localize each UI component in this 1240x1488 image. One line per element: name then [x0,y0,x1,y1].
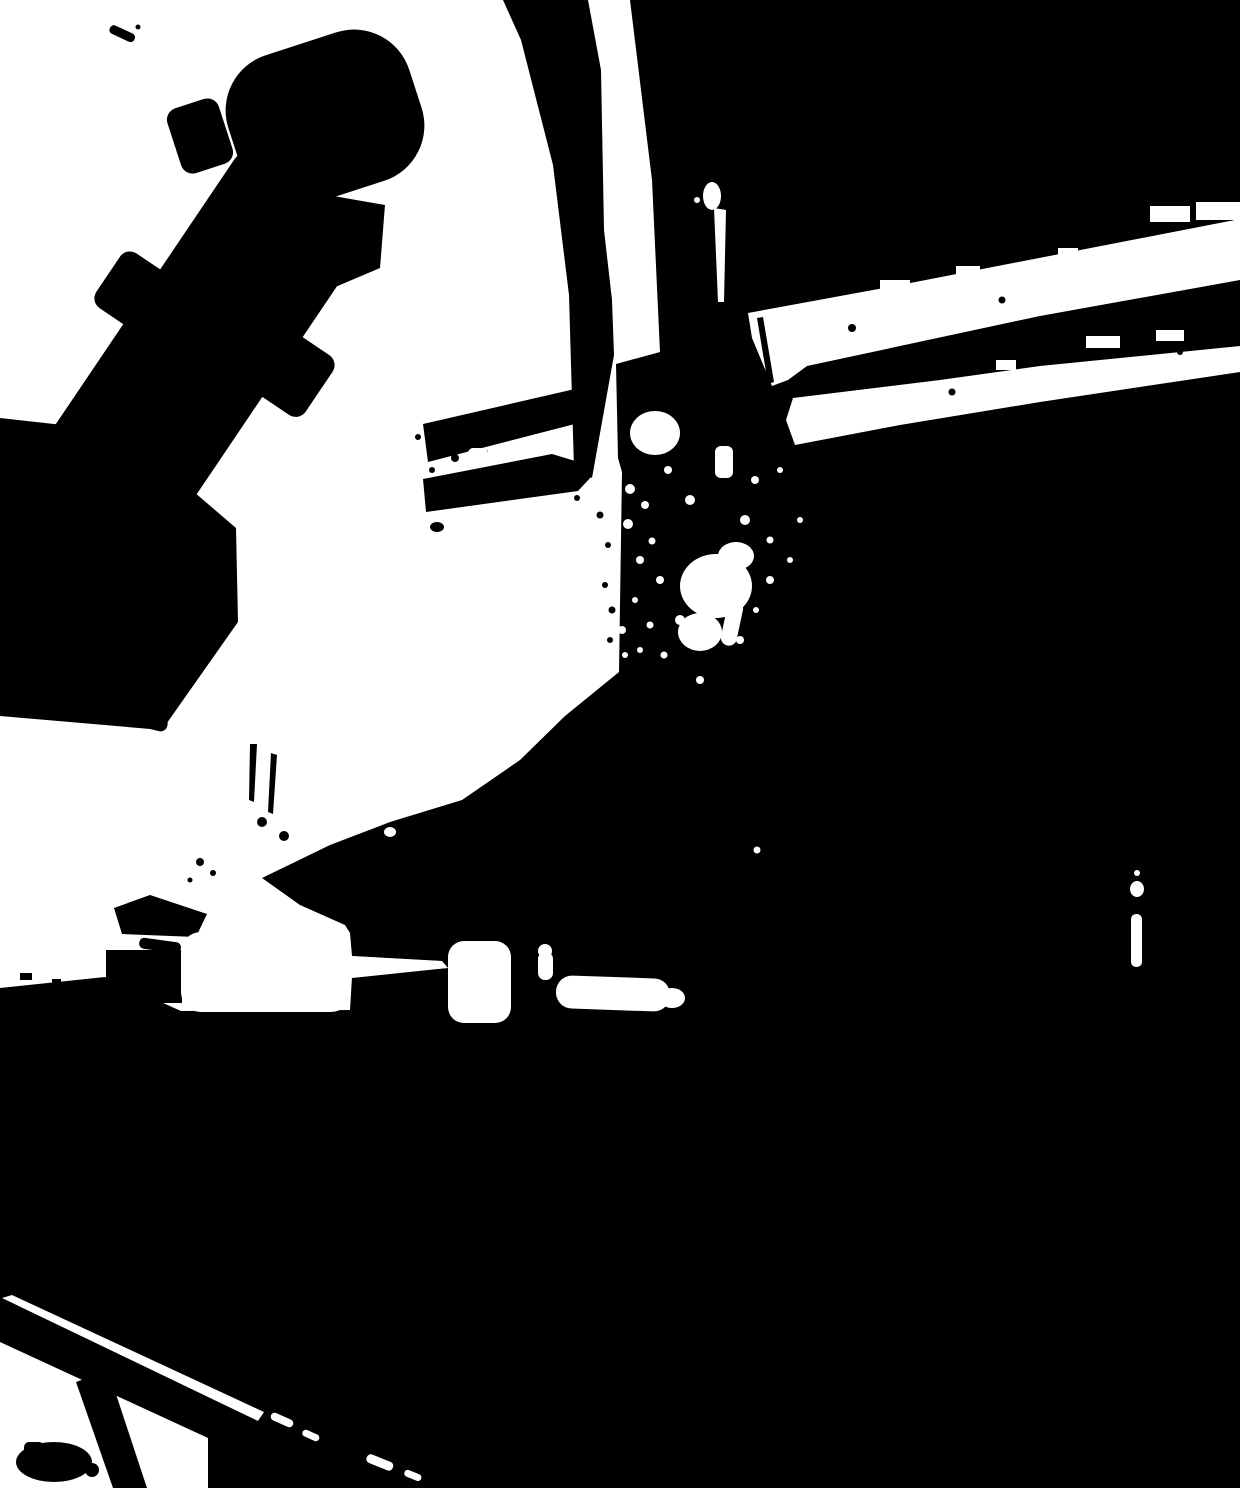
stripe-bump [1196,202,1240,220]
plume-speck [582,722,589,729]
plume-speck [467,809,473,815]
arc-patch [718,542,754,570]
plume-speck [347,855,353,861]
rail-speck [451,454,459,462]
hole [384,827,396,837]
spatter [754,847,761,854]
floor-debris [24,1442,44,1455]
bench-speck [188,878,193,883]
plume-speck [495,797,502,804]
stripe-nick [949,389,956,396]
bottle-lying [181,932,351,1012]
stripe-bump [1150,206,1190,222]
bench-block [106,950,182,1003]
plume-speck [605,542,611,548]
plume-speck [609,607,616,614]
arc-patch [630,411,680,455]
background-glints [1130,870,1144,967]
stripe-nick [848,324,856,332]
plume-speck [279,831,289,841]
spatter [647,622,654,629]
plume-speck [574,495,580,501]
spatter [656,576,664,584]
spatter [787,557,793,563]
rail-speck [430,522,444,532]
stripe-nick [1101,350,1109,358]
stripe-bump [1086,336,1120,348]
bottle-cylinder [555,975,670,1012]
plume-speck [298,874,303,879]
spatter [777,467,783,473]
bench-speck [210,870,216,876]
sprayer-stem [538,952,553,980]
spatter [767,537,774,544]
bench-speck [20,973,32,980]
stripe-bump [996,360,1016,370]
stripe-nick [1177,349,1183,355]
spatter [641,501,649,509]
spatter [696,676,704,684]
plume-speck [257,817,267,827]
plume-speck [537,762,543,768]
bench-speck [196,858,204,866]
plume-speck [377,842,384,849]
hole [354,797,370,809]
glint-bar [1131,914,1142,967]
spatter [766,576,774,584]
stripe-bump [880,280,910,292]
plume-speck [597,512,604,519]
spatter [622,652,628,658]
hole [306,844,318,852]
spatter [632,597,638,603]
plume-speck [602,582,608,588]
band-bite [508,441,524,451]
plume-speck [412,832,418,838]
plume-speck [556,741,564,749]
spatter [664,466,672,474]
bench-speck [52,979,61,984]
spatter [661,652,668,659]
spatter [751,476,759,484]
spatter [637,647,643,653]
spatter [625,484,635,494]
sliver-blob [703,182,721,210]
scratch-dot [136,25,141,30]
stripe-nick [999,297,1006,304]
glint-blob [1130,881,1144,897]
binarized-weld-scene: High-contrast black-and-white thresholde… [0,0,1240,1488]
sliver-dot [694,197,700,203]
plume-speck [607,637,613,643]
spatter [623,519,633,529]
band-bite [540,434,554,443]
glint-dot [1134,870,1140,876]
spatter [649,538,656,545]
arc-strip [715,446,733,478]
plume-speck [596,696,604,704]
plume-speck [436,818,444,826]
stripe-bump [1058,248,1078,257]
rail-speck [415,434,421,440]
spatter [797,517,803,523]
screenshot-root: High-contrast black-and-white thresholde… [0,0,1240,1488]
plume-speck [317,861,323,867]
spatter [736,636,744,644]
stripe-bump [956,266,980,276]
spatter [685,495,695,505]
rail-speck [429,467,435,473]
band-bite [468,448,488,460]
bottle-cylinder-tip [659,988,685,1008]
floor-debris [85,1463,99,1477]
sprayer-body [448,941,511,1023]
plume-speck [516,781,524,789]
spatter [675,615,685,625]
spatter [753,607,759,613]
spatter [636,556,644,564]
hole [324,775,346,789]
spatter [740,515,750,525]
spatter [618,626,626,634]
stripe-bump [1156,330,1184,341]
